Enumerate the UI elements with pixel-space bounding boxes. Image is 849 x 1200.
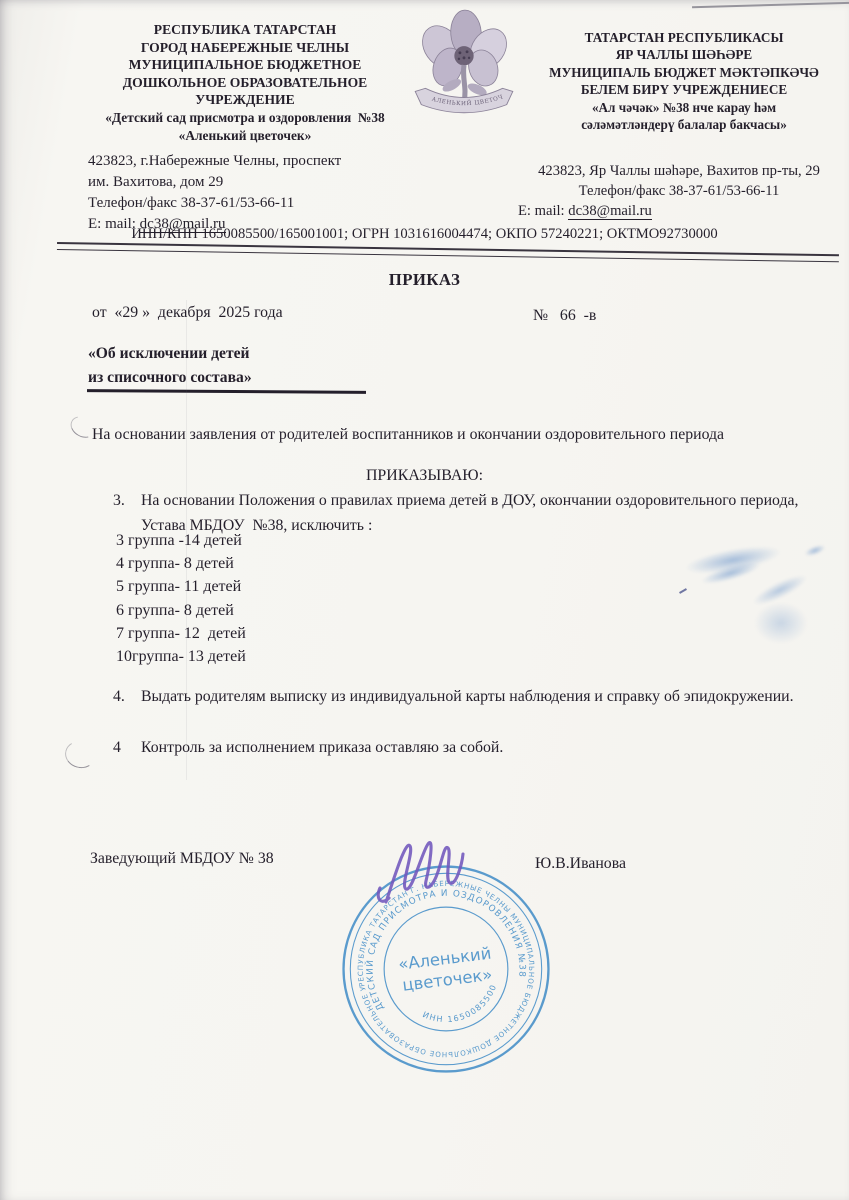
registration-numbers: ИНН/КПП 1650085500/165001001; ОГРН 10316…	[0, 226, 849, 243]
order-subject: «Об исключении детей из списочного соста…	[88, 342, 252, 389]
org-subtitle: сәләмәтләндерү балалар бакчасы»	[526, 116, 842, 133]
subject-line: «Об исключении детей	[88, 342, 252, 366]
org-subtitle: «Аленький цветочек»	[82, 127, 408, 145]
org-line: РЕСПУБЛИКА ТАТАРСТАН	[82, 21, 408, 39]
item-number: 3.	[113, 489, 125, 514]
org-line: ТАТАРСТАН РЕСПУБЛИКАСЫ	[526, 29, 842, 46]
group-row: 6 группа- 8 детей	[116, 599, 246, 622]
order-number: № 66 -в	[533, 307, 596, 325]
paper-crease	[186, 300, 187, 780]
org-subtitle: «Ал чәчәк» №38 нче карау һәм	[526, 99, 842, 116]
address-line: 423823, г.Набережные Челны, проспект	[88, 151, 398, 172]
phone-line: Телефон/факс 38-37-61/53-66-11	[518, 181, 840, 201]
group-row: 5 группа- 11 детей	[116, 575, 246, 598]
ink-smudge	[754, 602, 808, 644]
director-signature	[366, 826, 478, 914]
org-line: ДОШКОЛЬНОЕ ОБРАЗОВАТЕЛЬНОЕ	[82, 74, 408, 92]
email-address: dc38@mail.ru	[568, 203, 652, 220]
order-item-5: 4 Контроль за исполнением приказа оставл…	[113, 736, 741, 761]
item-number: 4.	[113, 685, 125, 710]
org-line: МУНИЦИПАЛЬНОЕ БЮДЖЕТНОЕ	[82, 56, 408, 74]
address-block-right: 423823, Яр Чаллы шәһәре, Вахитов пр-ты, …	[518, 161, 840, 221]
phone-line: Телефон/факс 38-37-61/53-66-11	[88, 193, 398, 214]
address-line: 423823, Яр Чаллы шәһәре, Вахитов пр-ты, …	[518, 161, 840, 181]
resolve-heading: ПРИКАЗЫВАЮ:	[0, 467, 849, 485]
org-subtitle: «Детский сад присмотра и оздоровления №3…	[82, 109, 408, 127]
group-row: 3 группа -14 детей	[116, 529, 246, 552]
org-line: УЧРЕЖДЕНИЕ	[82, 91, 408, 109]
item-text: Контроль за исполнением приказа оставляю…	[141, 739, 503, 756]
order-intro-paragraph: На основании заявления от родителей восп…	[92, 426, 798, 444]
groups-list: 3 группа -14 детей 4 группа- 8 детей 5 г…	[116, 529, 246, 668]
hole-punch-mark	[63, 738, 99, 771]
group-row: 7 группа- 12 детей	[116, 622, 246, 645]
org-name-russian: РЕСПУБЛИКА ТАТАРСТАН ГОРОД НАБЕРЕЖНЫЕ ЧЕ…	[82, 21, 408, 144]
ink-smudge	[803, 543, 827, 559]
org-line: ЯР ЧАЛЛЫ ШӘҺӘРЕ	[526, 46, 842, 63]
order-title: ПРИКАЗ	[0, 270, 849, 290]
item-text: На основании Положения о правилах приема…	[141, 492, 806, 534]
letterhead-divider	[57, 242, 839, 262]
order-item-4: 4. Выдать родителям выписку из индивидуа…	[113, 685, 825, 710]
item-number: 4	[113, 736, 121, 761]
subject-underline	[87, 389, 366, 394]
signatory-role: Заведующий МБДОУ № 38	[90, 850, 274, 868]
flower-logo: АЛЕНЬКИЙ ЦВЕТОЧЕК	[403, 6, 525, 128]
scanned-order-page: РЕСПУБЛИКА ТАТАРСТАН ГОРОД НАБЕРЕЖНЫЕ ЧЕ…	[0, 0, 849, 1200]
org-name-tatar: ТАТАРСТАН РЕСПУБЛИКАСЫ ЯР ЧАЛЛЫ ШӘҺӘРЕ М…	[526, 29, 842, 133]
org-line: МУНИЦИПАЛЬ БЮДЖЕТ МӘКТӘПКӘЧӘ	[526, 64, 842, 81]
org-line: ГОРОД НАБЕРЕЖНЫЕ ЧЕЛНЫ	[82, 39, 408, 57]
ink-smudge	[679, 588, 687, 594]
email-label: E: mail:	[518, 203, 568, 219]
order-date: от «29 » декабря 2025 года	[92, 304, 283, 322]
subject-line: из списочного состава»	[88, 366, 252, 390]
item-text: Выдать родителям выписку из индивидуальн…	[141, 688, 794, 705]
address-block-left: 423823, г.Набережные Челны, проспект им.…	[88, 151, 398, 235]
org-line: БЕЛЕМ БИРҮ УЧРЕЖДЕНИЕСЕ	[526, 81, 842, 98]
group-row: 10группа- 13 детей	[116, 645, 246, 668]
scan-artifact-line	[692, 2, 849, 8]
address-line: им. Вахитова, дом 29	[88, 172, 398, 193]
email-line: E: mail: dc38@mail.ru	[518, 201, 840, 221]
group-row: 4 группа- 8 детей	[116, 552, 246, 575]
